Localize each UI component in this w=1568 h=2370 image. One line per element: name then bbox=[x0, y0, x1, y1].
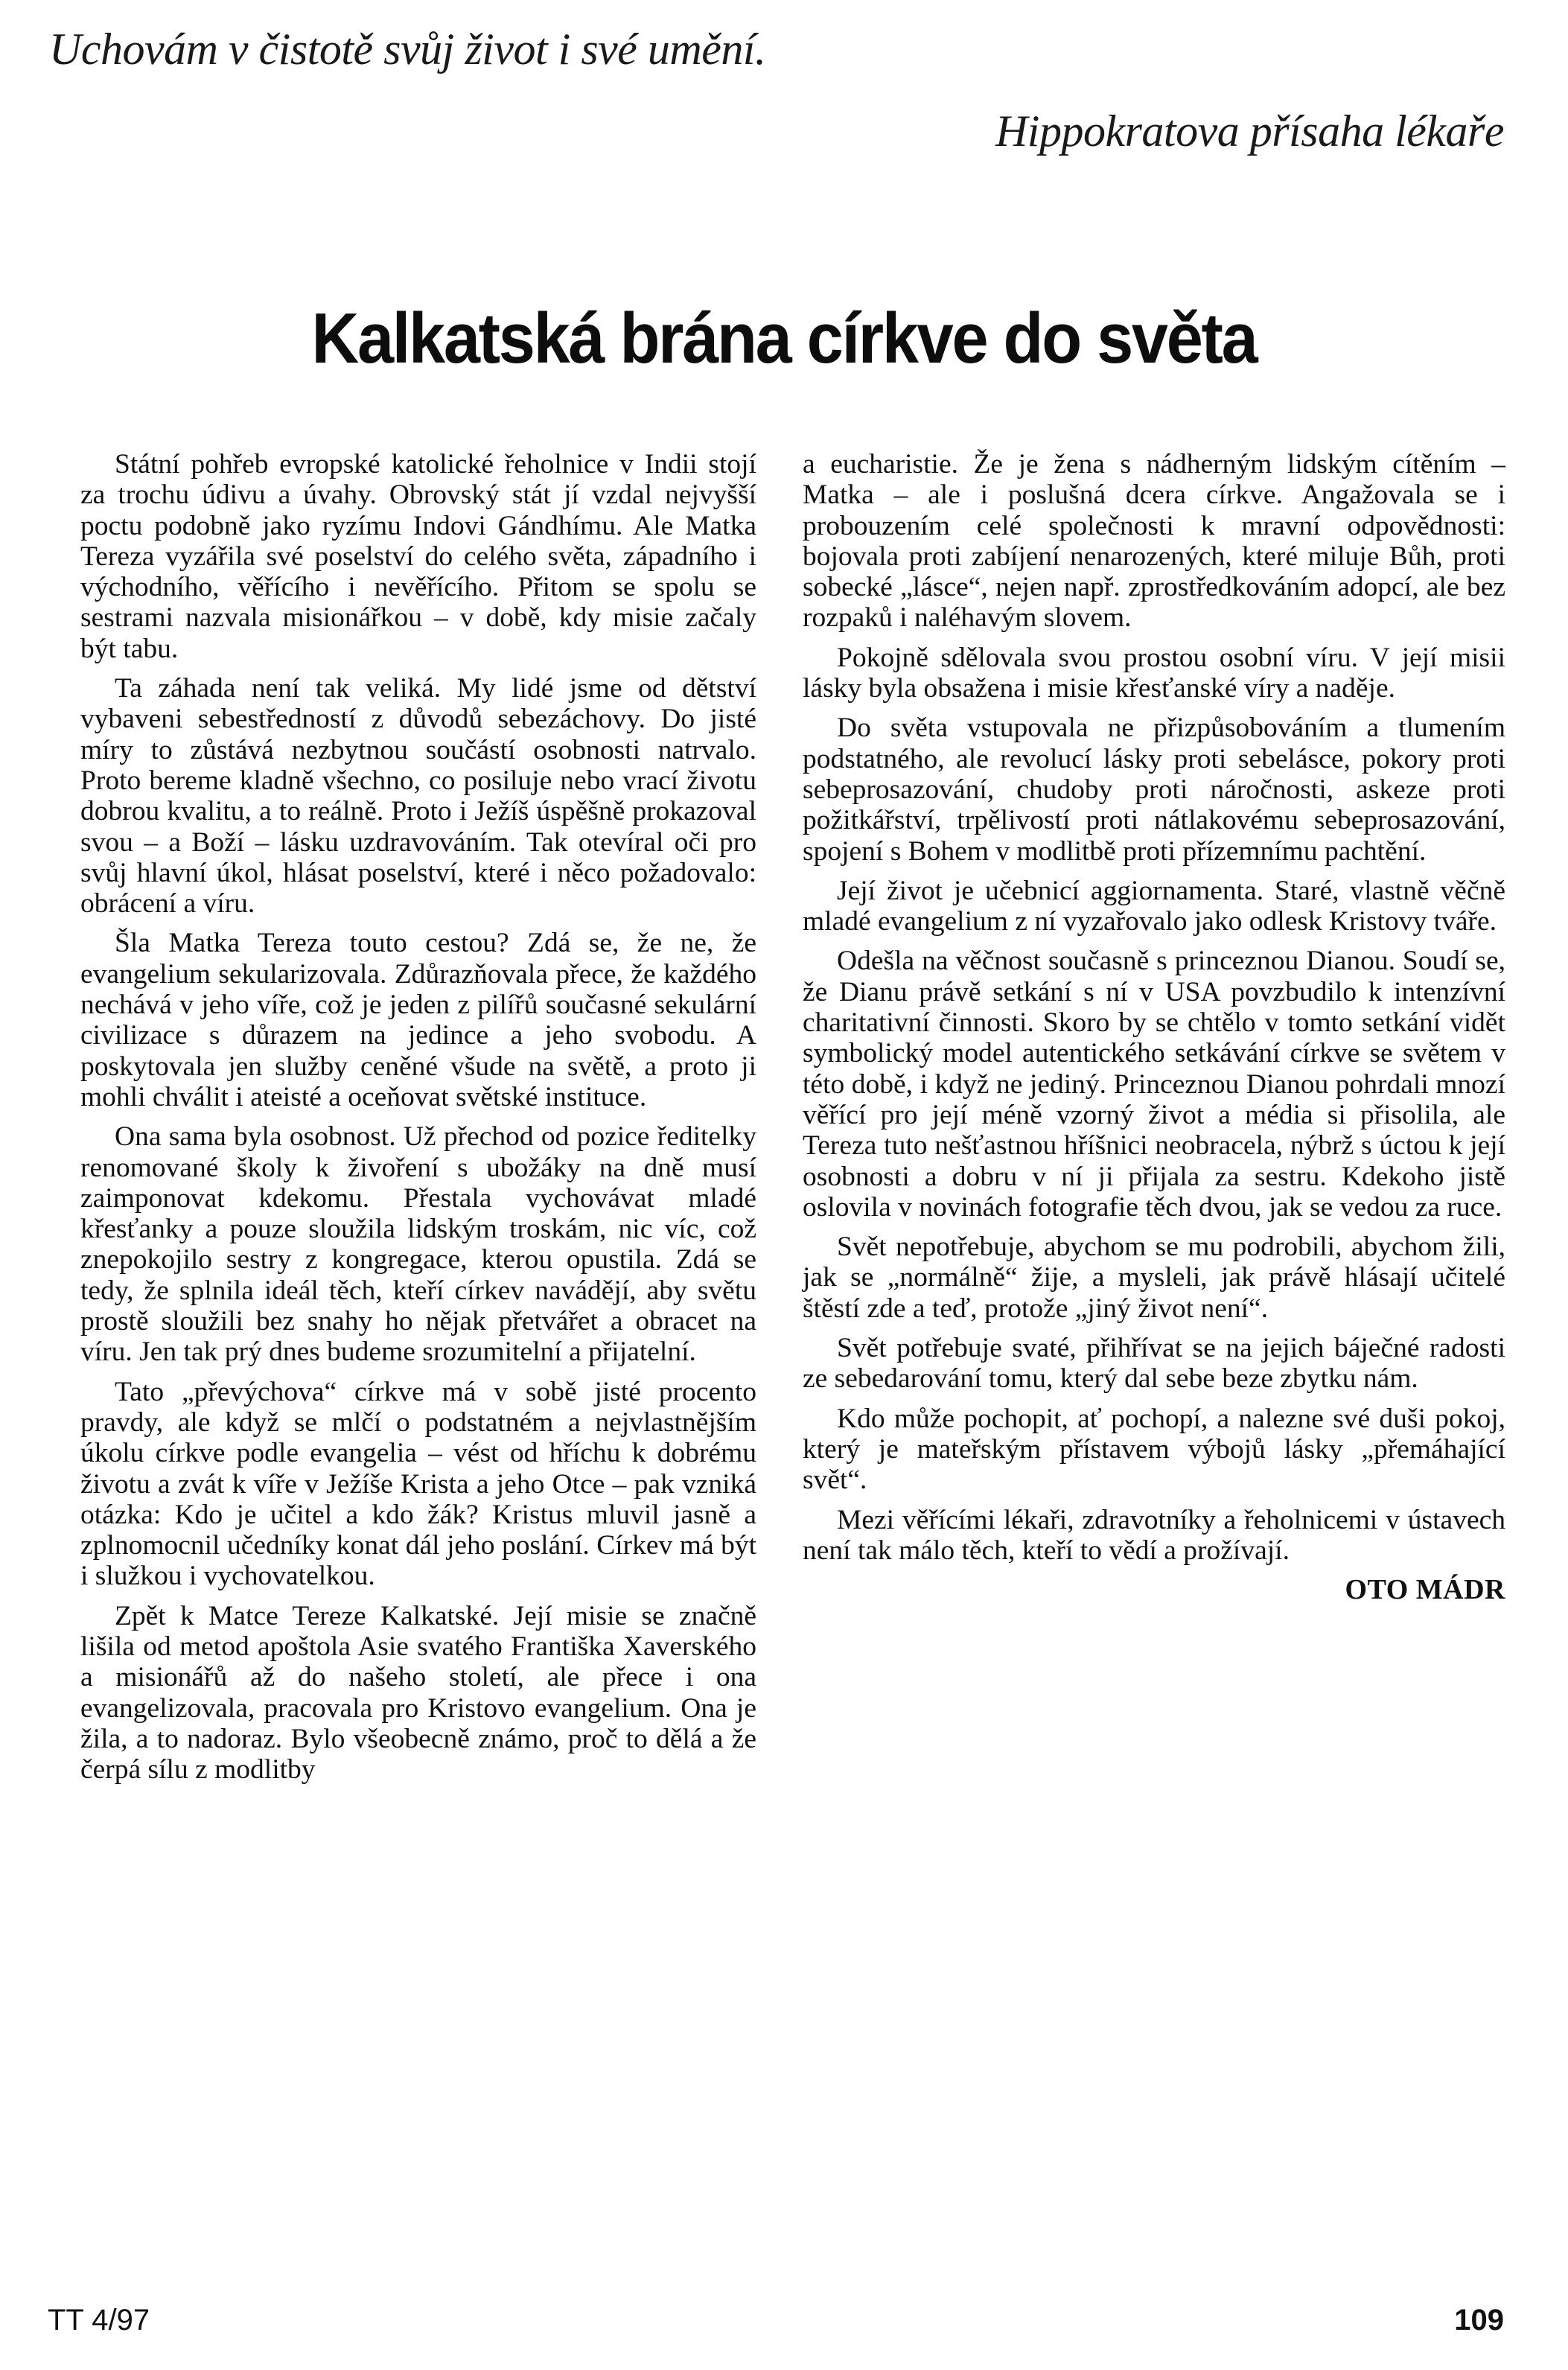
right-column: a eucharistie. Že je žena s nádherným li… bbox=[803, 449, 1505, 1605]
article-title: Kalkatská brána církve do světa bbox=[63, 298, 1505, 380]
paragraph: Svět nepotřebuje, abychom se mu podrobil… bbox=[803, 1232, 1505, 1324]
paragraph: Do světa vstupovala ne přizpůsobováním a… bbox=[803, 713, 1505, 866]
paragraph: Státní pohřeb evropské katolické řeholni… bbox=[80, 449, 756, 664]
paragraph: Ta záhada není tak veliká. My lidé jsme … bbox=[80, 673, 756, 919]
footer-issue: TT 4/97 bbox=[48, 2304, 150, 2337]
paragraph: Ona sama byla osobnost. Už přechod od po… bbox=[80, 1121, 756, 1367]
author-signature: OTO MÁDR bbox=[803, 1575, 1505, 1605]
epigraph-quote: Uchovám v čistotě svůj život i své umění… bbox=[49, 27, 766, 71]
paragraph: Svět potřebuje svaté, přihřívat se na je… bbox=[803, 1333, 1505, 1395]
paragraph-continuation: a eucharistie. Že je žena s nádherným li… bbox=[803, 449, 1505, 634]
left-column: Státní pohřeb evropské katolické řeholni… bbox=[80, 449, 756, 1794]
page-number: 109 bbox=[1454, 2304, 1504, 2337]
paragraph: Kdo může pochopit, ať pochopí, a nalezne… bbox=[803, 1404, 1505, 1496]
paragraph: Zpět k Matce Tereze Kalkatské. Její misi… bbox=[80, 1601, 756, 1786]
epigraph-source: Hippokratova přísaha lékaře bbox=[995, 109, 1504, 153]
paragraph: Její život je učebnicí aggiornamenta. St… bbox=[803, 876, 1505, 937]
paragraph: Pokojně sdělovala svou prostou osobní ví… bbox=[803, 643, 1505, 704]
paragraph: Mezi věřícími lékaři, zdravotníky a řeho… bbox=[803, 1505, 1505, 1567]
paragraph: Odešla na věčnost současně s princeznou … bbox=[803, 946, 1505, 1223]
paragraph: Šla Matka Tereza touto cestou? Zdá se, ž… bbox=[80, 928, 756, 1112]
paragraph: Tato „převýchova“ církve má v sobě jisté… bbox=[80, 1377, 756, 1592]
